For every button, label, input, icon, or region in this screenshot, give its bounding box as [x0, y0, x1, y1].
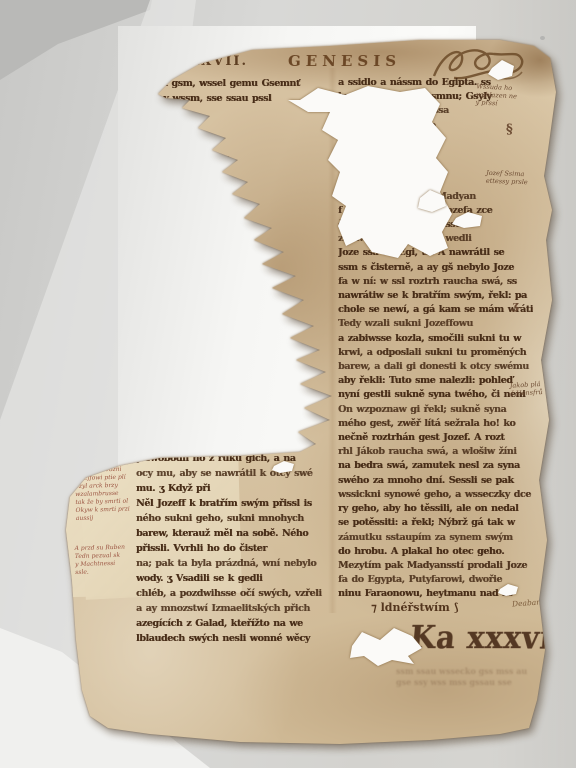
- text-line: přissli. Vvrhli ho do čister: [136, 541, 327, 556]
- text-line: krwi, a odposlali sukni tu proměných: [338, 346, 533, 360]
- text-line: Něl Jozeff k bratřím swým přissl is: [136, 496, 327, 511]
- text-line: Joze ssa do Egi, ta. A nawrátil se: [338, 246, 533, 260]
- chapter-heading: Ka xxxvij: [408, 618, 565, 655]
- text-line: wss gss: [136, 211, 327, 226]
- text-line: k bossudessí, wssa: [136, 151, 327, 166]
- text-line: chole se newí, a gá kam se mám wrátiti: [338, 303, 533, 317]
- text-column-right: a ssidlo a nássm do Egipta. ssbrali sse …: [338, 76, 533, 602]
- ink-show-through: ssm ssau wssecko gss mss augse ssy wss m…: [396, 666, 546, 688]
- text-line: azegících z Galad, kteřížto na we: [136, 616, 327, 631]
- text-line: ného sukni geho, sukni mnohych: [136, 511, 327, 526]
- text-line: na; pak ta byla prázdná, wní nebylo: [136, 556, 327, 571]
- text-line: ey ho rozsáhl zartku g: [136, 361, 327, 376]
- text-line: f ssw ytássli, wy ssli Jozefa zce: [338, 204, 533, 218]
- text-line: mého gest, zwěř lítá sežrala ho! ko: [338, 417, 533, 431]
- text-line: lblaudech swých nesli wonné wěcy: [136, 631, 327, 646]
- text-line: ge ssw: [136, 181, 327, 196]
- text-line: nawrátiw se k bratřím swým, řekl: pa: [338, 289, 533, 303]
- text-line: On wzpoznaw gi řekl; sukně syna: [338, 403, 533, 417]
- text-line: ssl me: [136, 241, 327, 256]
- text-line: raj gest na paussti, ane: [136, 421, 327, 436]
- text-line: ssy ne od giné gmé mi: [136, 376, 327, 391]
- text-line: se potěssiti: a řekl; Nýbrž gá tak w: [338, 516, 533, 530]
- text-line: mu. ʒ Když při: [136, 481, 327, 496]
- section-mark: §: [506, 122, 513, 137]
- text-line: med ssm alle d: [136, 166, 327, 181]
- gloss-mark: ʒ: [512, 299, 518, 312]
- text-line: au gnassianésw: [338, 147, 533, 161]
- text-line: m ssd mužij kupcy Madyan: [338, 190, 533, 204]
- text-line: ssm s čisterně, a ay gš nebylo Joze: [338, 261, 533, 275]
- text-line: geho. ra ssbyssl ssa: [136, 346, 327, 361]
- text-line: čisterny, a ssy Izmaelsstš: [338, 218, 533, 232]
- text-line: gse ssy wss mss gssau sse: [396, 677, 546, 688]
- text-line: nyní gestli sukně syna twého, či neni: [338, 388, 533, 402]
- text-line: wssickni synowé geho, a wsseczky dce: [338, 488, 533, 502]
- text-line: gy ssau: [136, 271, 327, 286]
- text-line: sy ssu gss: [136, 121, 327, 136]
- margin-note-right-lower: Jakob pláč Hensfrů: [510, 378, 575, 397]
- text-line: k b ssi: [136, 226, 327, 241]
- text-line: eme rch. a ssmecy: [136, 316, 327, 331]
- text-line: ssm ssau wssecko gss mss au: [396, 666, 546, 677]
- text-line: zámutku sstaupím za synem swým: [338, 531, 533, 545]
- text-line: aby řekli: Tuto sme nalezli: pohleď: [338, 374, 533, 388]
- running-chapter-number: XXXVII.: [160, 54, 248, 69]
- text-line: fa w ní: w ssl roztrh raucha swá, ss: [338, 275, 533, 289]
- text-line: na bedra swá, zamutek nesl za syna: [338, 459, 533, 473]
- text-line: ocy mu, aby se nawrátil k otcy swé: [136, 466, 327, 481]
- text-line: chléb, a pozdwihsse očí swých, vzřeli: [136, 586, 327, 601]
- handwritten-signature: Deabanhes: [512, 597, 555, 609]
- text-line: a zabiwsse kozla, smočili sukni tu w: [338, 332, 533, 346]
- margin-note-right-top: Wssuda howyhlazen ney prssí: [475, 82, 542, 109]
- text-line: ra gzmadítky, ss: [338, 133, 533, 147]
- text-line: Tedy wzali sukni Jozeffowu: [338, 317, 533, 331]
- text-line: fa do Egypta, Putyfarowi, dwořie: [338, 573, 533, 587]
- text-line: ho gsem k Geb: [136, 136, 327, 151]
- text-column-left: Ay teď gsm, wssel gemu Gsemnťwsse y wssm…: [136, 76, 327, 646]
- column-gutter-crease: [328, 68, 337, 613]
- text-line: mi ssau: [136, 106, 327, 121]
- text-line: za dwaceti ssl gei za wedli: [338, 232, 533, 246]
- text-line: ssy au: [136, 196, 327, 211]
- text-line: a ay mnozstwí Izmaelitských přich: [136, 601, 327, 616]
- text-line: chu gy: [136, 301, 327, 316]
- text-line: wsse y wssm, sse ssau pssl: [136, 91, 327, 106]
- leaf-shadow-wrapper: de ssuam Przed 31. TozniJozeffowi ptie p…: [0, 0, 576, 768]
- running-book-title: GENESIS: [288, 52, 402, 70]
- text-line: gt ssy a Wiwé gcho: [338, 119, 533, 133]
- text-line: do hrobu. A plakal ho otec geho.: [338, 545, 533, 559]
- text-line: hugte ruky na ného. ale on ch: [136, 436, 327, 451]
- text-line: barew, a dali gi donesti k otcy swému: [338, 360, 533, 374]
- photograph-of-manuscript-leaf: de ssuam Przed 31. TozniJozeffowi ptie p…: [0, 0, 576, 768]
- text-line: ninu Faraonowu, heytmanu nad žo: [338, 587, 533, 601]
- manuscript-leaf: de ssuam Przed 31. TozniJozeffowi ptie p…: [0, 0, 576, 768]
- text-line: ry geho, aby ho těssili, ale on nedal: [338, 502, 533, 516]
- paragraph-end-line: ⁊ ldnéřstwím ⟆: [352, 601, 478, 614]
- text-line: y swobodil ho z ruku gich, a na: [136, 451, 327, 466]
- margin-note-right-mid: Jozef Ssimaettessy prsle: [486, 169, 559, 188]
- text-line: Mezytím pak Madyansstí prodali Joze: [338, 559, 533, 573]
- text-line: ssi gss: [136, 286, 327, 301]
- text-line: rhl Jákob raucha swá, a wlošiw žíni: [338, 445, 533, 459]
- text-line: swého za mnoho dní. Sessli se pak: [338, 474, 533, 488]
- text-line: tell gsm Ruben; Nenys: [136, 391, 327, 406]
- text-line: nečně roztrhán gest Jozef. A rozt: [338, 431, 533, 445]
- text-line: ylet ho: a gginsamu: [136, 331, 327, 346]
- text-line: wé, wzytého do této čisto: [136, 406, 327, 421]
- text-line: barew, kterauž měl na sobě. Ného: [136, 526, 327, 541]
- text-line: wody. ʒ Vsadili se k gedli: [136, 571, 327, 586]
- text-line: Ay teď gsm, wssel gemu Gsemnť: [136, 76, 327, 91]
- text-line: em gss: [136, 256, 327, 271]
